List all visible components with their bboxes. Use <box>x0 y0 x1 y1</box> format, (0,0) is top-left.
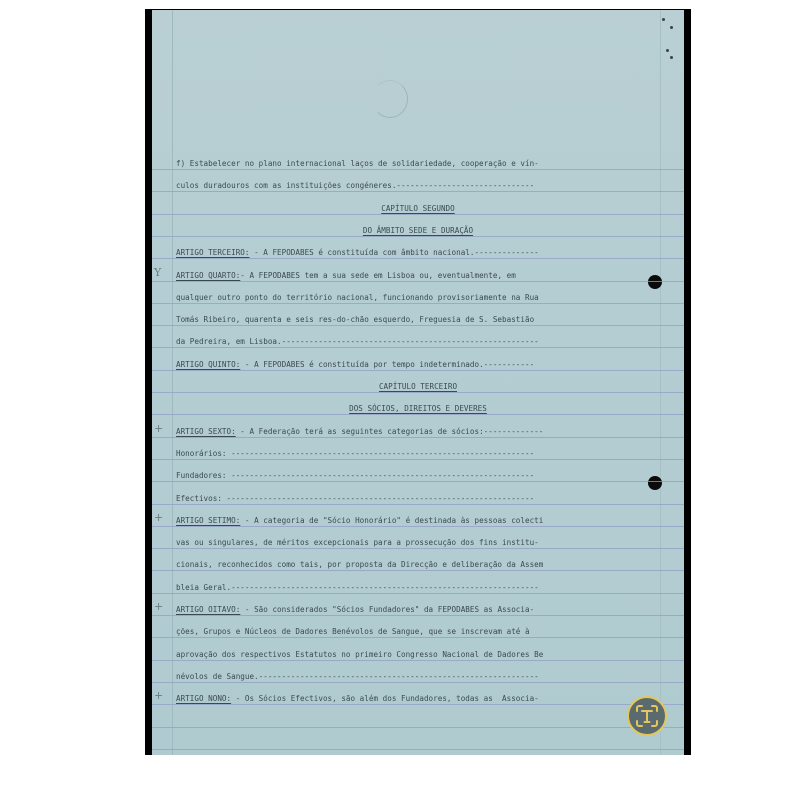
text-line: culos duradouros com as instituições con… <box>176 181 606 190</box>
text-line: f) Estabelecer no plano internacional la… <box>176 159 606 168</box>
line-text: bleia Geral.----------------------------… <box>176 583 539 592</box>
ruled-line <box>152 637 684 638</box>
ruled-line <box>152 414 684 415</box>
chapter-heading: CAPÍTULO SEGUNDO <box>152 204 684 213</box>
line-text: - A Federação terá as seguintes categori… <box>236 427 544 436</box>
text-line: qualquer outro ponto do território nacio… <box>176 293 606 302</box>
heading-text: CAPÍTULO SEGUNDO <box>381 204 454 213</box>
text-line: vas ou singulares, de méritos excepciona… <box>176 538 606 547</box>
ruled-line <box>152 570 684 571</box>
ruled-line <box>152 704 684 705</box>
margin-handwritten-mark: + <box>154 600 163 613</box>
text-line: névolos de Sangue.----------------------… <box>176 672 606 681</box>
line-text: da Pedreira, em Lisboa.-----------------… <box>176 337 539 346</box>
line-text: névolos de Sangue.----------------------… <box>176 672 539 681</box>
margin-handwritten-mark: + <box>154 689 163 702</box>
ruled-line <box>152 615 684 616</box>
article-line: ARTIGO QUARTO:- A FEPODABES tem a sua se… <box>176 271 606 280</box>
article-label: ARTIGO SEXTO: <box>176 427 236 436</box>
paper-speck <box>670 26 673 29</box>
text-line: aprovação dos respectivos Estatutos no p… <box>176 650 606 659</box>
ruled-line <box>152 593 684 594</box>
line-text: Honorários: ----------------------------… <box>176 449 534 458</box>
chapter-heading: DOS SÓCIOS, DIREITOS E DEVERES <box>152 404 684 413</box>
ruled-line <box>152 660 684 661</box>
line-text: - A categoria de "Sócio Honorário" é des… <box>240 516 543 525</box>
article-line: ARTIGO QUINTO: - A FEPODABES é constituí… <box>176 360 606 369</box>
article-line: ARTIGO TERCEIRO: - A FEPODABES é constit… <box>176 248 606 257</box>
ruled-line <box>152 548 684 549</box>
ruled-line <box>152 303 684 304</box>
text-line: da Pedreira, em Lisboa.-----------------… <box>176 337 606 346</box>
ruled-line <box>152 325 684 326</box>
line-text: f) Estabelecer no plano internacional la… <box>176 159 539 168</box>
ruled-line <box>152 392 684 393</box>
text-line: cionais, reconhecidos como tais, por pro… <box>176 560 606 569</box>
live-text-icon <box>634 703 660 729</box>
text-line: Fundadores: ----------------------------… <box>176 471 606 480</box>
paper-speck <box>670 56 673 59</box>
article-label: ARTIGO SETIMO: <box>176 516 240 525</box>
ruled-line <box>152 347 684 348</box>
article-label: ARTIGO OITAVO: <box>176 605 240 614</box>
ruled-line <box>152 727 684 728</box>
article-label: ARTIGO TERCEIRO: <box>176 248 249 257</box>
line-text: aprovação dos respectivos Estatutos no p… <box>176 650 543 659</box>
article-line: ARTIGO SEXTO: - A Federação terá as segu… <box>176 427 606 436</box>
article-line: ARTIGO NONO: - Os Sócios Efectivos, são … <box>176 694 606 703</box>
ruled-line <box>152 749 684 750</box>
ruled-line <box>152 258 684 259</box>
ruled-line <box>152 191 684 192</box>
punch-hole <box>648 275 662 289</box>
line-text: Fundadores: ----------------------------… <box>176 471 534 480</box>
line-text: culos duradouros com as instituições con… <box>176 181 534 190</box>
margin-handwritten-mark: Y <box>154 266 161 279</box>
ruled-line <box>152 682 684 683</box>
text-line: bleia Geral.----------------------------… <box>176 583 606 592</box>
ruled-line <box>152 504 684 505</box>
line-text: - A FEPODABES é constituída com âmbito n… <box>249 248 538 257</box>
text-line: ções, Grupos e Núcleos de Dadores Benévo… <box>176 627 606 636</box>
heading-text: CAPÍTULO TERCEIRO <box>379 382 457 391</box>
paper-stain <box>372 80 408 118</box>
article-line: ARTIGO OITAVO: - São considerados "Sócio… <box>176 605 606 614</box>
ruled-line <box>152 169 684 170</box>
chapter-heading: CAPÍTULO TERCEIRO <box>152 382 684 391</box>
line-text: cionais, reconhecidos como tais, por pro… <box>176 560 543 569</box>
ruled-line <box>152 236 684 237</box>
text-line: Efectivos: -----------------------------… <box>176 494 606 503</box>
ruled-line <box>152 437 684 438</box>
punch-hole <box>648 476 662 490</box>
document-page: f) Estabelecer no plano internacional la… <box>152 10 684 755</box>
article-label: ARTIGO NONO: <box>176 694 231 703</box>
article-line: ARTIGO SETIMO: - A categoria de "Sócio H… <box>176 516 606 525</box>
margin-handwritten-mark: + <box>154 422 163 435</box>
text-line: Honorários: ----------------------------… <box>176 449 606 458</box>
line-text: Tomás Ribeiro, quarenta e seis res-do-ch… <box>176 315 534 324</box>
ruled-line <box>152 370 684 371</box>
article-label: ARTIGO QUINTO: <box>176 360 240 369</box>
heading-text: DO ÂMBITO SEDE E DURAÇÃO <box>363 226 473 235</box>
line-text: Efectivos: -----------------------------… <box>176 494 534 503</box>
line-text: - São considerados "Sócios Fundadores" d… <box>240 605 534 614</box>
ruled-line <box>152 459 684 460</box>
line-text: ções, Grupos e Núcleos de Dadores Benévo… <box>176 627 530 636</box>
live-text-button[interactable] <box>627 696 667 736</box>
ruled-line <box>152 281 684 282</box>
heading-text: DOS SÓCIOS, DIREITOS E DEVERES <box>349 404 487 413</box>
ruled-line <box>152 526 684 527</box>
article-label: ARTIGO QUARTO: <box>176 271 240 280</box>
ruled-line <box>152 481 684 482</box>
line-text: - A FEPODABES é constituída por tempo in… <box>240 360 534 369</box>
paper-speck <box>662 18 665 21</box>
line-text: - Os Sócios Efectivos, são além dos Fund… <box>231 694 539 703</box>
chapter-heading: DO ÂMBITO SEDE E DURAÇÃO <box>152 226 684 235</box>
text-line: Tomás Ribeiro, quarenta e seis res-do-ch… <box>176 315 606 324</box>
line-text: qualquer outro ponto do território nacio… <box>176 293 539 302</box>
margin-handwritten-mark: + <box>154 511 163 524</box>
line-text: - A FEPODABES tem a sua sede em Lisboa o… <box>240 271 516 280</box>
ruled-line <box>152 214 684 215</box>
paper-speck <box>666 49 669 52</box>
line-text: vas ou singulares, de méritos excepciona… <box>176 538 539 547</box>
